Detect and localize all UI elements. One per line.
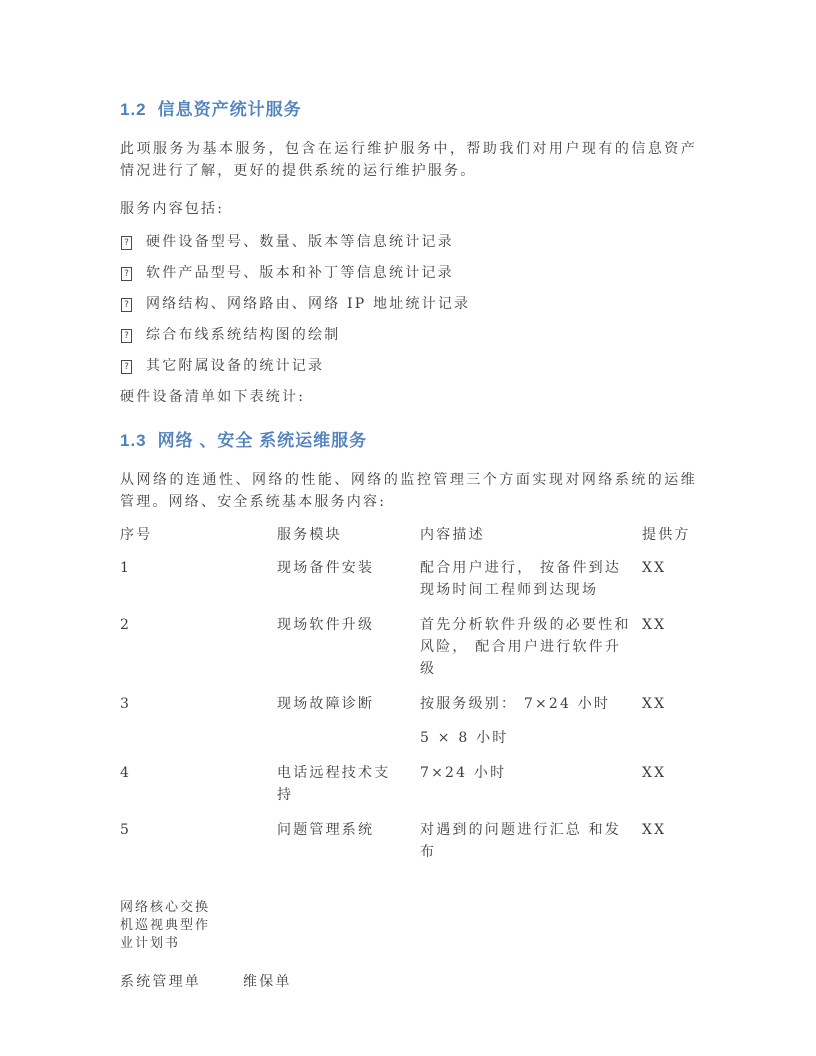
heading-1-3-title: 网络 、安全 系统运维服务 bbox=[158, 431, 367, 450]
cell-desc: 按服务级别： 7×24 小时 5 × 8 小时 bbox=[420, 693, 642, 749]
bullet-text: 综合布线系统结构图的绘制 bbox=[146, 325, 340, 346]
bullet-text: 其它附属设备的统计记录 bbox=[146, 356, 324, 377]
footer-labels-row: 系统管理单维保单 bbox=[120, 971, 697, 993]
table-row: 5 问题管理系统 对遇到的问题进行汇总 和发布 XX bbox=[120, 819, 697, 863]
table-row: 3 现场故障诊断 按服务级别： 7×24 小时 5 × 8 小时 XX bbox=[120, 693, 697, 749]
missing-glyph-bullet-icon: ? bbox=[121, 267, 132, 281]
cell-no: 1 bbox=[120, 557, 277, 601]
missing-glyph-bullet-icon: ? bbox=[121, 236, 132, 250]
cell-module: 电话远程技术支持 bbox=[277, 762, 420, 806]
heading-1-2: 1.2信息资产统计服务 bbox=[120, 95, 697, 120]
cell-desc: 7×24 小时 bbox=[420, 762, 642, 806]
cell-module: 现场备件安装 bbox=[277, 557, 420, 601]
heading-1-2-title: 信息资产统计服务 bbox=[158, 100, 302, 119]
table-header-row: 序号 服务模块 内容描述 提供方 bbox=[120, 524, 697, 546]
heading-1-3-number: 1.3 bbox=[120, 431, 147, 450]
cell-desc: 配合用户进行， 按备件到达现场时间工程师到达现场 bbox=[420, 557, 642, 601]
hardware-list-label: 硬件设备清单如下表统计: bbox=[120, 387, 697, 409]
missing-glyph-bullet-icon: ? bbox=[121, 329, 132, 343]
cell-no: 2 bbox=[120, 614, 277, 680]
service-table: 序号 服务模块 内容描述 提供方 1 现场备件安装 配合用户进行， 按备件到达现… bbox=[120, 524, 697, 863]
cell-provider: XX bbox=[642, 693, 697, 749]
heading-1-3: 1.3网络 、安全 系统运维服务 bbox=[120, 426, 697, 451]
list-item: ? 综合布线系统结构图的绘制 bbox=[120, 325, 697, 346]
cell-module: 问题管理系统 bbox=[277, 819, 420, 863]
cell-no: 5 bbox=[120, 819, 277, 863]
cell-desc: 对遇到的问题进行汇总 和发布 bbox=[420, 819, 642, 863]
document-page: 1.2信息资产统计服务 此项服务为基本服务，包含在运行维护服务中，帮助我们对用户… bbox=[0, 0, 816, 1056]
plan-title-block: 网络核心交换机巡视典型作业计划书 bbox=[120, 899, 214, 953]
bullet-text: 网络结构、网络路由、网络 IP 地址统计记录 bbox=[146, 294, 470, 315]
bullet-text: 软件产品型号、版本和补丁等信息统计记录 bbox=[146, 263, 454, 284]
bullet-list: ? 硬件设备型号、数量、版本等信息统计记录 ? 软件产品型号、版本和补丁等信息统… bbox=[120, 232, 697, 377]
cell-desc-line2: 5 × 8 小时 bbox=[420, 727, 634, 749]
cell-desc: 首先分析软件升级的必要性和风险， 配合用户进行软件升级 bbox=[420, 614, 642, 680]
table-row: 2 现场软件升级 首先分析软件升级的必要性和风险， 配合用户进行软件升级 XX bbox=[120, 614, 697, 680]
maintenance-label: 维保单 bbox=[243, 974, 292, 990]
list-item: ? 软件产品型号、版本和补丁等信息统计记录 bbox=[120, 263, 697, 284]
column-header-desc: 内容描述 bbox=[420, 524, 642, 546]
table-row: 1 现场备件安装 配合用户进行， 按备件到达现场时间工程师到达现场 XX bbox=[120, 557, 697, 601]
system-management-label: 系统管理单 bbox=[120, 971, 243, 993]
column-header-provider: 提供方 bbox=[642, 524, 697, 546]
cell-provider: XX bbox=[642, 819, 697, 863]
cell-no: 3 bbox=[120, 693, 277, 749]
missing-glyph-bullet-icon: ? bbox=[121, 360, 132, 374]
cell-provider: XX bbox=[642, 557, 697, 601]
list-item: ? 硬件设备型号、数量、版本等信息统计记录 bbox=[120, 232, 697, 253]
missing-glyph-bullet-icon: ? bbox=[121, 298, 132, 312]
cell-desc-line1: 按服务级别： 7×24 小时 bbox=[420, 693, 634, 715]
cell-no: 4 bbox=[120, 762, 277, 806]
table-row: 4 电话远程技术支持 7×24 小时 XX bbox=[120, 762, 697, 806]
cell-module: 现场故障诊断 bbox=[277, 693, 420, 749]
column-header-module: 服务模块 bbox=[277, 524, 420, 546]
column-header-no: 序号 bbox=[120, 524, 277, 546]
cell-provider: XX bbox=[642, 614, 697, 680]
section-1-2-intro: 此项服务为基本服务，包含在运行维护服务中，帮助我们对用户现有的信息资产情况进行了… bbox=[120, 139, 697, 182]
bullet-text: 硬件设备型号、数量、版本等信息统计记录 bbox=[146, 232, 454, 253]
heading-1-2-number: 1.2 bbox=[120, 100, 147, 119]
service-content-label: 服务内容包括: bbox=[120, 199, 697, 221]
list-item: ? 其它附属设备的统计记录 bbox=[120, 356, 697, 377]
cell-module: 现场软件升级 bbox=[277, 614, 420, 680]
section-1-3-intro: 从网络的连通性、网络的性能、网络的监控管理三个方面实现对网络系统的运维管理。网络… bbox=[120, 470, 697, 513]
cell-provider: XX bbox=[642, 762, 697, 806]
list-item: ? 网络结构、网络路由、网络 IP 地址统计记录 bbox=[120, 294, 697, 315]
